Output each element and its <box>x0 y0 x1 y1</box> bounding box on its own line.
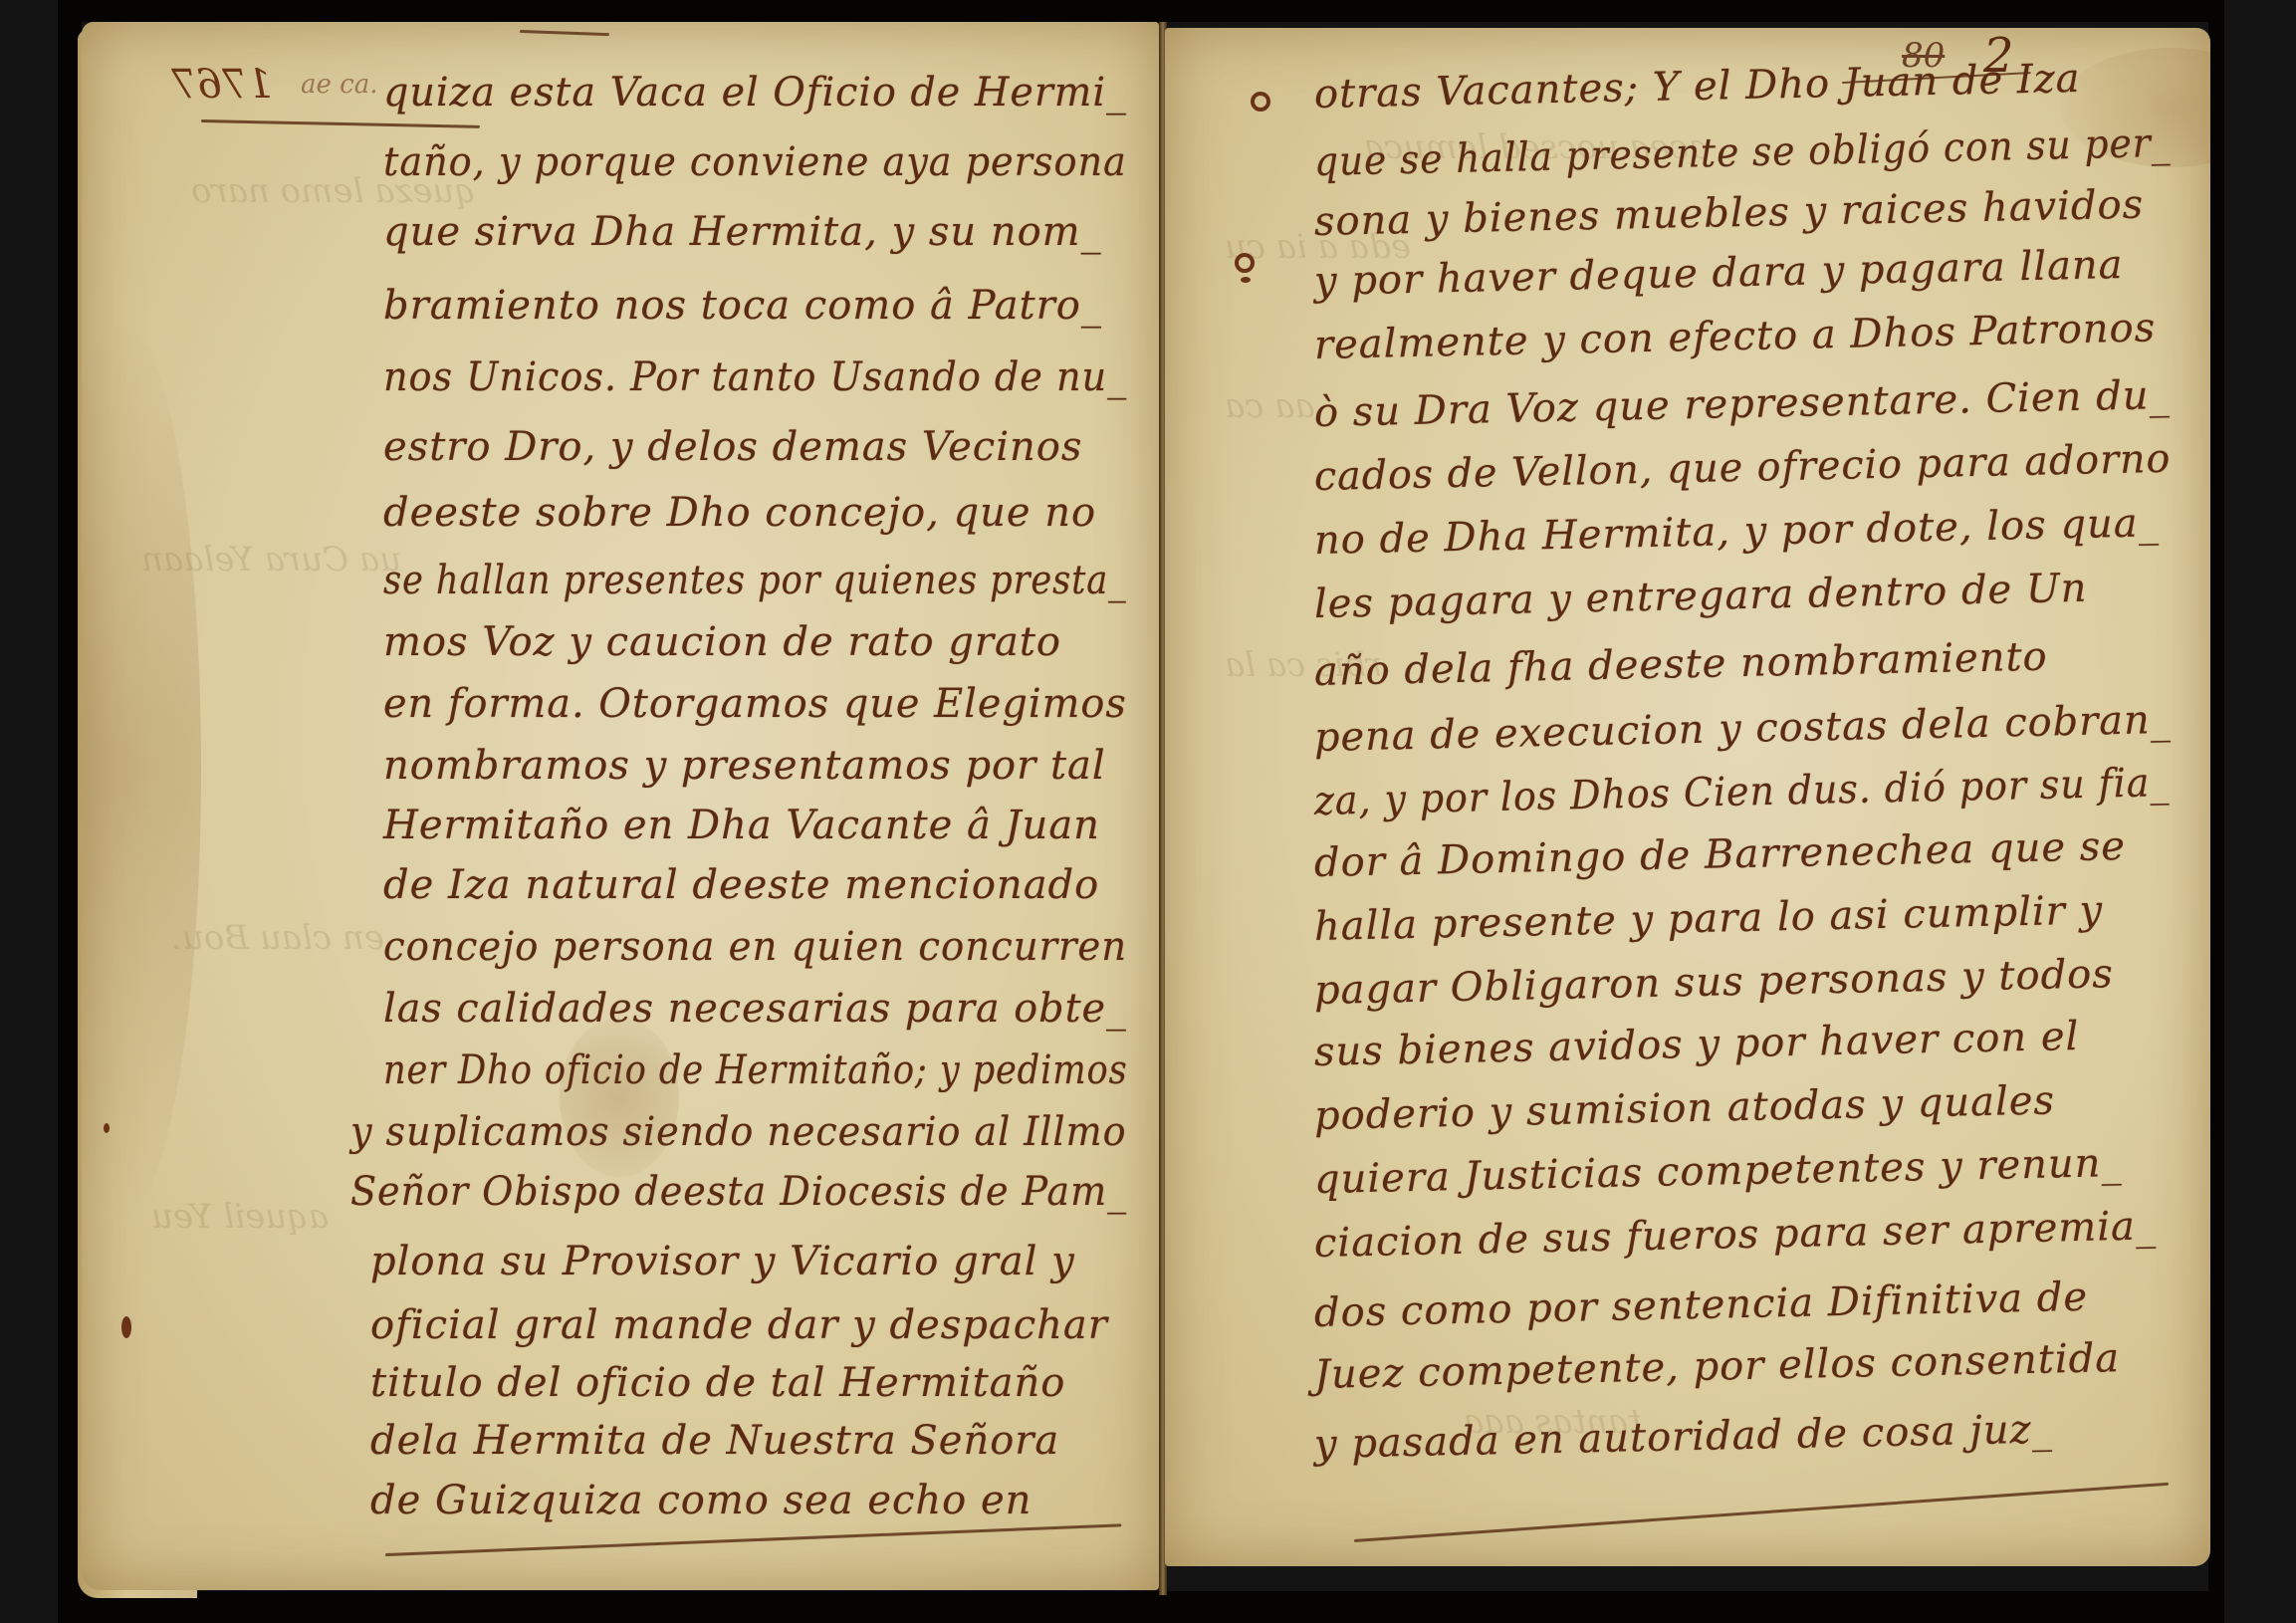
manuscript-line: plona su Provisor y Vicario gral y <box>370 1239 1075 1284</box>
scan-top-edge <box>60 0 2220 22</box>
manuscript-line: dos como por sentencia Difinitiva de <box>1314 1275 2089 1336</box>
manuscript-line: quiera Justicias competentes y renun_ <box>1314 1140 2123 1203</box>
manuscript-line: en forma. Otorgamos que Elegimos <box>383 681 1127 727</box>
manuscript-line: les pagara y entregara dentro de Un <box>1314 566 2088 627</box>
manuscript-line: Hermitaño en Dha Vacante â Juan <box>383 803 1100 848</box>
manuscript-line: Señor Obispo deesta Diocesis de Pam_ <box>350 1169 1127 1215</box>
manuscript-line: za, y por los Dhos Cien dus. dió por su … <box>1314 760 2171 824</box>
manuscript-line: y pasada en autoridad de cosa juz_ <box>1314 1406 2054 1468</box>
manuscript-line: poderio y sumision atodas y quales <box>1314 1077 2056 1139</box>
scan-right-edge <box>2208 0 2224 1623</box>
manuscript-line: y suplicamos siendo necesario al Illmo <box>350 1109 1127 1155</box>
manuscript-line: estro Dro, y delos demas Vecinos <box>383 424 1082 470</box>
manuscript-line: nos Unicos. Por tanto Usando de nu_ <box>383 354 1127 400</box>
top-margin-rule <box>201 119 480 128</box>
manuscript-line: bramiento nos toca como â Patro_ <box>383 283 1102 329</box>
manuscript-line: las calidades necesarias para obte_ <box>383 986 1127 1032</box>
manuscript-line: sona y bienes muebles y raices havidos <box>1314 182 2145 245</box>
manuscript-line: pagar Obligaron sus personas y todos <box>1314 951 2115 1014</box>
manuscript-line: de Guizquiza como sea echo en <box>370 1478 1032 1523</box>
manuscript-line: titulo del oficio de tal Hermitaño <box>370 1360 1065 1406</box>
manuscript-line: nombramos y presentamos por tal <box>383 743 1106 789</box>
manuscript-line: dela Hermita de Nuestra Señora <box>370 1418 1059 1464</box>
manuscript-line: pena de execucion y costas dela cobran_ <box>1314 697 2173 761</box>
manuscript-line: mos Voz y caucion de rato grato <box>383 619 1061 665</box>
title-underline <box>520 30 609 36</box>
manuscript-line: oficial gral mande dar y despachar <box>370 1302 1108 1348</box>
manuscript-line: sus bienes avidos y por haver con el <box>1314 1014 2080 1075</box>
manuscript-line: ner Dho oficio de Hermitaño; y pedimos <box>383 1047 1128 1093</box>
manuscript-line: ciacion de sus fueros para ser apremia_ <box>1314 1203 2158 1267</box>
left-page: queza lemo naro ua Cura Yelaan en clau B… <box>82 22 1159 1590</box>
manuscript-line: dor â Domingo de Barrenechea que se <box>1314 823 2127 886</box>
manuscript-line: deeste sobre Dho concejo, que no <box>383 490 1096 536</box>
margin-note-year: 1767 <box>171 62 273 108</box>
manuscript-line: y por haver deque dara y pagara llana <box>1314 242 2124 305</box>
closing-rule <box>385 1523 1122 1556</box>
manuscript-line: ò su Dra Voz que representare. Cien du_ <box>1314 372 2171 436</box>
manuscript-line: halla presente y para lo asi cumplir y <box>1314 887 2104 950</box>
manuscript-line: que sirva Dha Hermita, y su nom_ <box>383 209 1102 255</box>
manuscript-line: cados de Vellon, que ofrecio para adorno <box>1314 436 2172 500</box>
manuscript-line: quiza esta Vaca el Oficio de Hermi_ <box>383 70 1127 116</box>
manuscript-line: no de Dha Hermita, y por dote, los qua_ <box>1314 500 2161 564</box>
right-page: acea uocsed lemuca eda a ia cu aa ca rbi… <box>1165 28 2210 1566</box>
manuscript-line: de Iza natural deeste mencionado <box>383 862 1099 908</box>
manuscript-line: se hallan presentes por quienes presta_ <box>383 558 1127 603</box>
manuscript-line: concejo persona en quien concurren <box>383 924 1127 970</box>
manuscript-line: Juez competente, por ellos consentida <box>1314 1335 2121 1398</box>
scan-bottom-edge <box>58 1591 2224 1623</box>
manuscript-line: otras Vacantes; Y el Dho Juan de Iza <box>1314 56 2081 117</box>
margin-note-suffix: ae ca. <box>301 70 377 100</box>
manuscript-line: taño, y porque conviene aya persona <box>383 139 1127 185</box>
manuscript-line: año dela fha deeste nombramiento <box>1314 634 2049 695</box>
manuscript-line: realmente y con efecto a Dhos Patronos <box>1314 305 2157 368</box>
closing-rule <box>1354 1483 2169 1542</box>
